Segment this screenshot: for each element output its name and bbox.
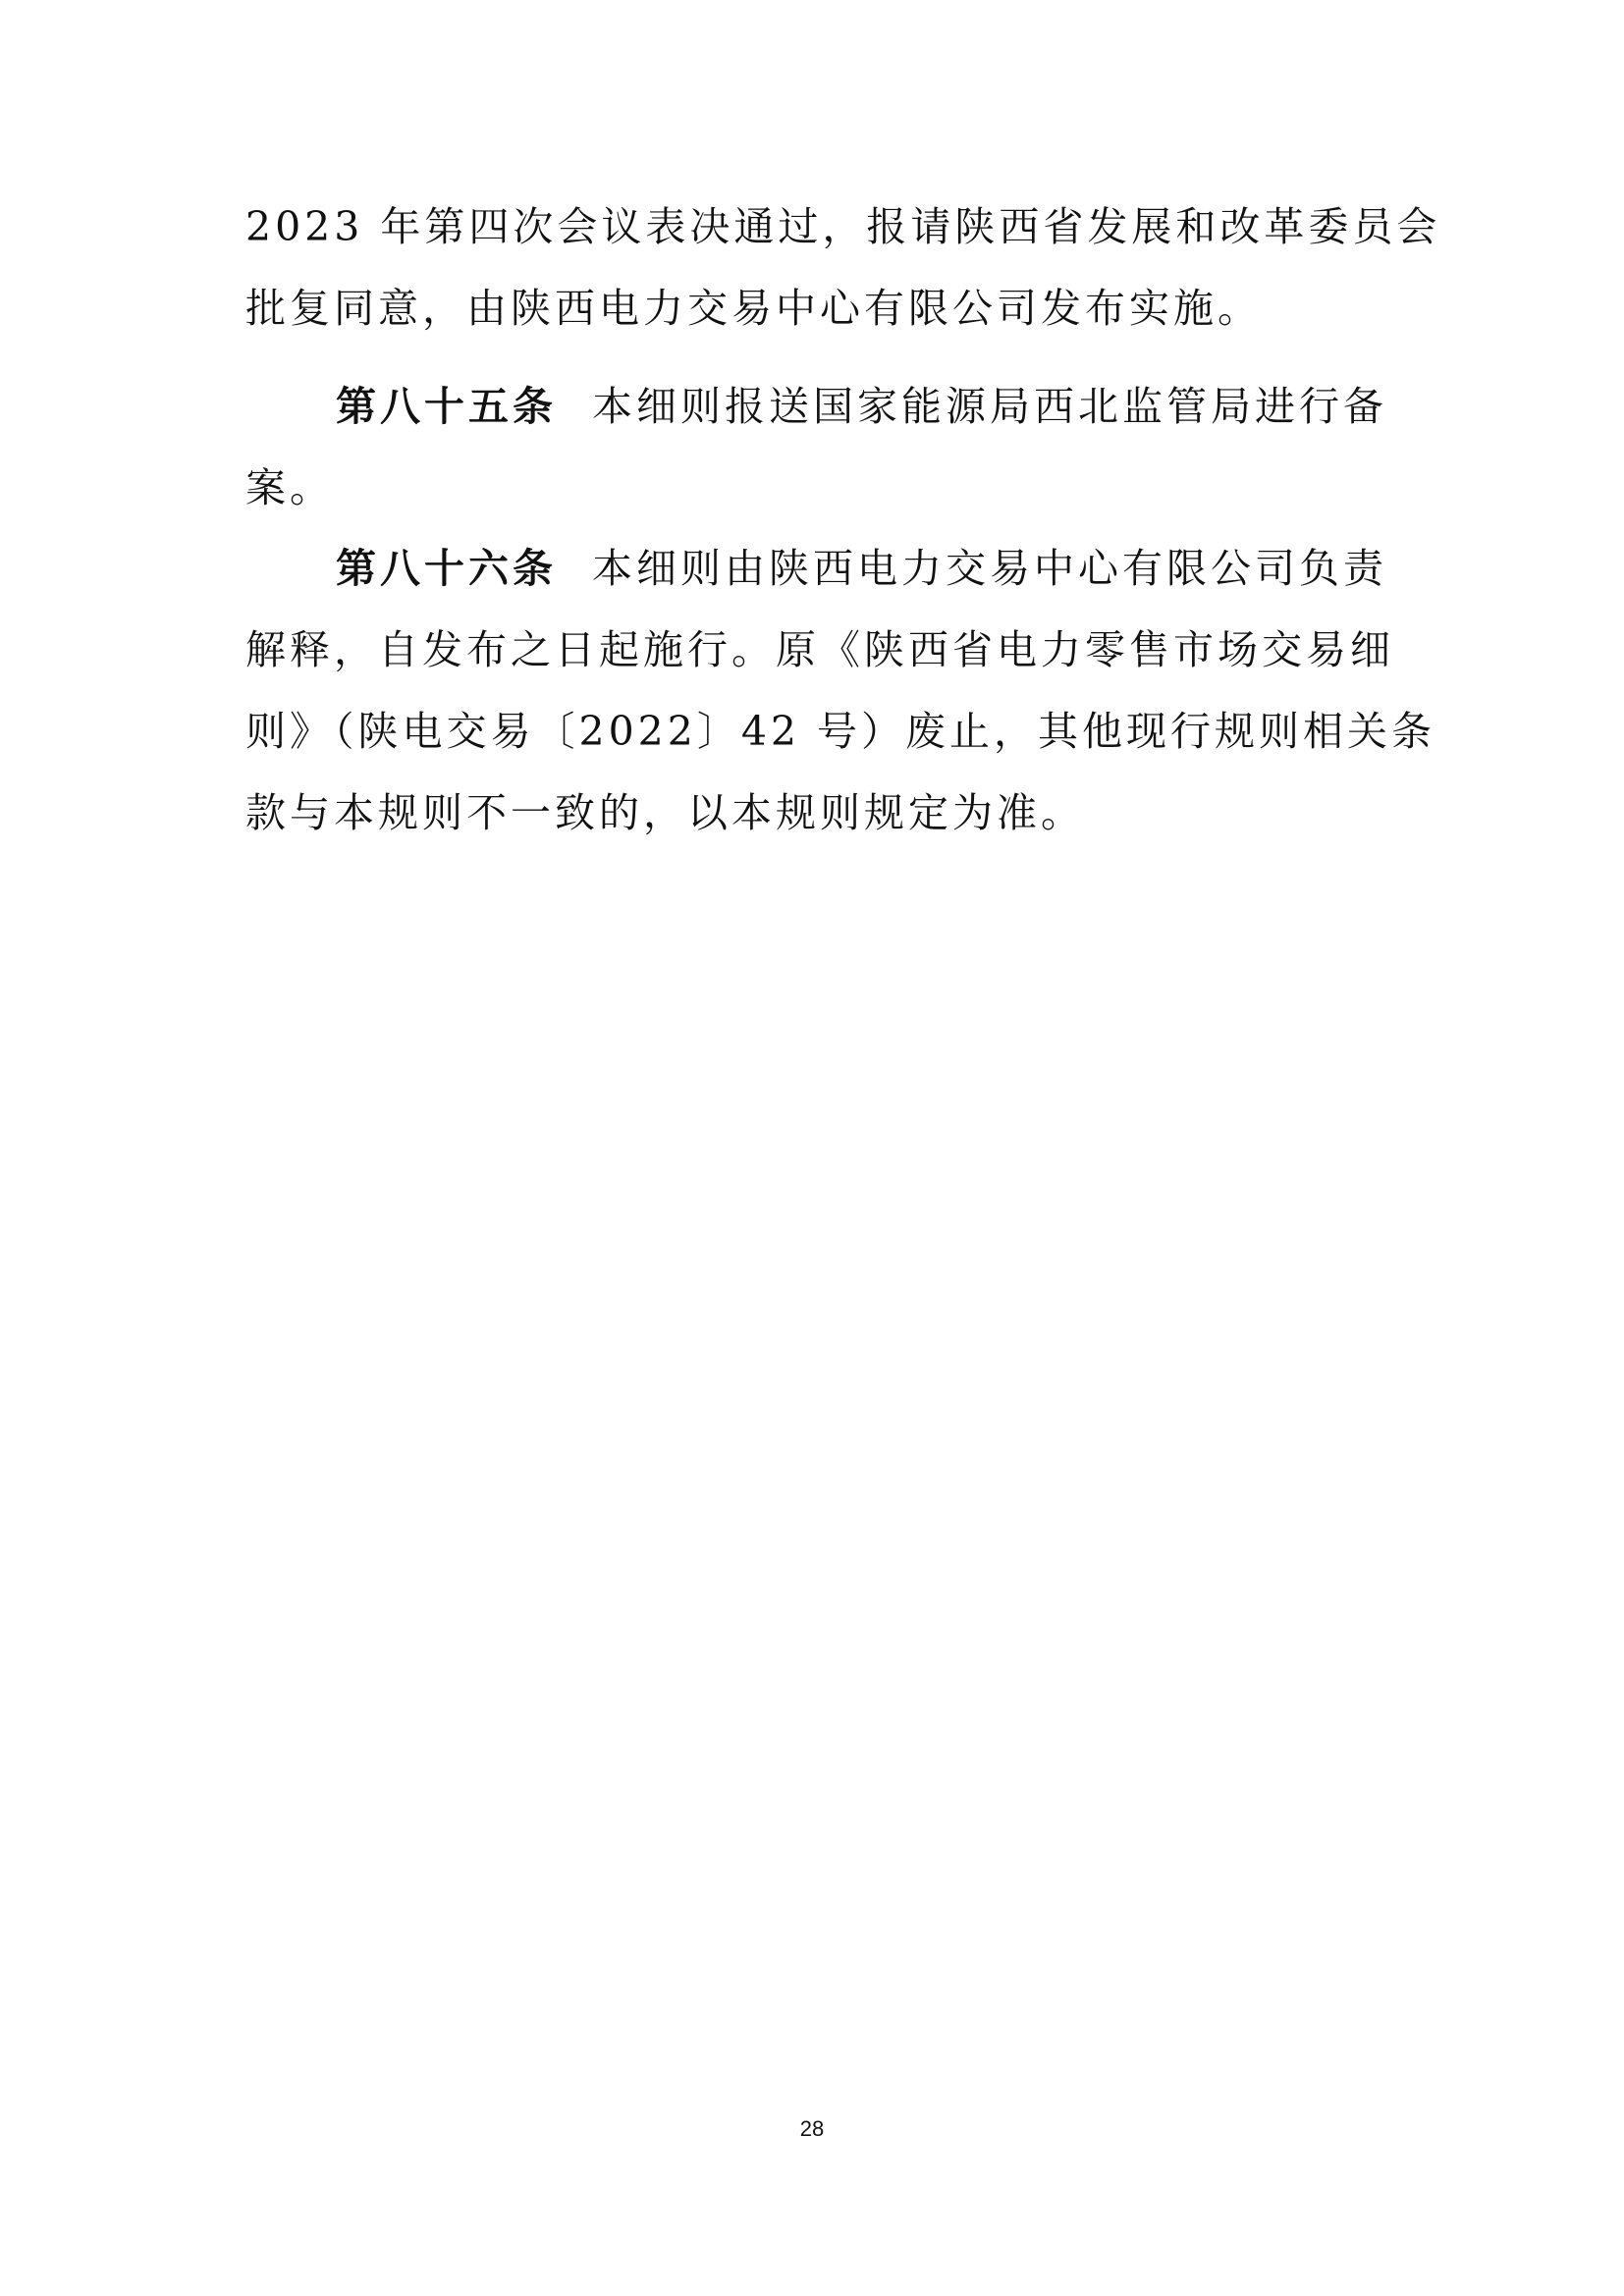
article-first-line: 第八十六条本细则由陕西电力交易中心有限公司负责 xyxy=(245,528,1384,610)
page-number: 28 xyxy=(0,2116,1624,2142)
text-line: 2023 年第四次会议表决通过，报请陕西省发展和改革委员会 xyxy=(245,187,1384,268)
article-first-line: 第八十五条本细则报送国家能源局西北监管局进行备 xyxy=(245,366,1384,448)
article-number: 第八十五条 xyxy=(336,383,557,430)
article-85: 第八十五条本细则报送国家能源局西北监管局进行备 案。 xyxy=(245,366,1384,529)
paragraph-continuation: 2023 年第四次会议表决通过，报请陕西省发展和改革委员会 批复同意，由陕西电力… xyxy=(245,187,1384,349)
text-line: 则》（陕电交易〔2022〕42 号）废止，其他现行规则相关条 xyxy=(245,691,1384,773)
text-line: 案。 xyxy=(245,448,1384,529)
document-page: 2023 年第四次会议表决通过，报请陕西省发展和改革委员会 批复同意，由陕西电力… xyxy=(0,0,1624,2296)
text-line: 款与本规则不一致的，以本规则规定为准。 xyxy=(245,773,1384,854)
article-text: 本细则由陕西电力交易中心有限公司负责 xyxy=(592,545,1387,592)
article-86: 第八十六条本细则由陕西电力交易中心有限公司负责 解释，自发布之日起施行。原《陕西… xyxy=(245,528,1384,854)
article-text: 本细则报送国家能源局西北监管局进行备 xyxy=(592,383,1387,430)
article-number: 第八十六条 xyxy=(336,545,557,592)
text-line: 解释，自发布之日起施行。原《陕西省电力零售市场交易细 xyxy=(245,610,1384,691)
text-line: 批复同意，由陕西电力交易中心有限公司发布实施。 xyxy=(245,268,1384,349)
